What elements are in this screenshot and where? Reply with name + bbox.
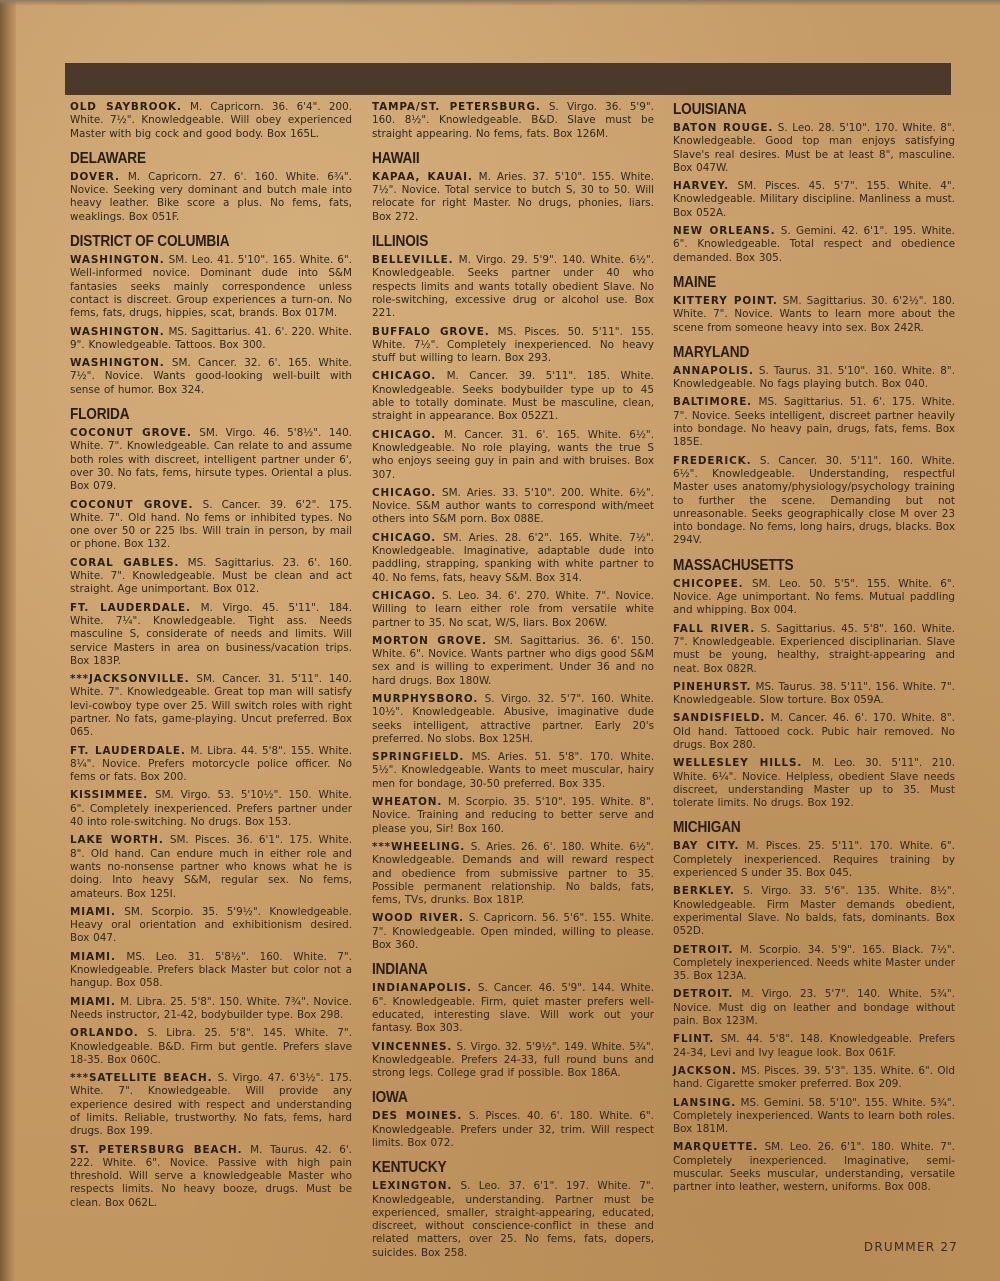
- state-heading: INDIANA: [372, 961, 620, 979]
- classified-ad: BAY CITY. M. Pisces. 25. 5'11". 170. Whi…: [673, 840, 955, 880]
- classified-ad: KITTERY POINT. SM. Sagittarius. 30. 6'2½…: [673, 295, 955, 335]
- ad-city: MIAMI.: [70, 906, 116, 918]
- state-heading: HAWAII: [372, 150, 620, 168]
- ad-city: LANSING.: [673, 1097, 736, 1109]
- classified-ad: BATON ROUGE. S. Leo. 28. 5'10". 170. Whi…: [673, 122, 955, 175]
- ad-city: MORTON GROVE.: [372, 635, 487, 647]
- page-folio: DRUMMER 27: [864, 1240, 958, 1254]
- state-heading: MICHIGAN: [673, 819, 921, 837]
- classified-ad: BELLEVILLE. M. Virgo. 29. 5'9". 140. Whi…: [372, 254, 654, 320]
- classified-ad: BUFFALO GROVE. MS. Pisces. 50. 5'11". 15…: [372, 326, 654, 366]
- column-1: OLD SAYBROOK. M. Capricorn. 36. 6'4". 20…: [70, 101, 352, 1215]
- classified-ad: COCONUT GROVE. SM. Virgo. 46. 5'8½". 140…: [70, 427, 352, 493]
- classified-ad: BALTIMORE. MS. Sagittarius. 51. 6'. 175.…: [673, 396, 955, 449]
- ad-city: WOOD RIVER.: [372, 912, 464, 924]
- ad-city: KAPAA, KAUAI.: [372, 171, 473, 183]
- ad-city: FLINT.: [673, 1033, 714, 1045]
- classified-ad: ***SATELLITE BEACH. S. Virgo. 47. 6'3½".…: [70, 1072, 352, 1138]
- classified-ad: KAPAA, KAUAI. M. Aries. 37. 5'10". 155. …: [372, 171, 654, 224]
- classified-ad: ***WHEELING. S. Aries. 26. 6'. 180. Whit…: [372, 841, 654, 907]
- ad-city: ANNAPOLIS.: [673, 365, 754, 377]
- ad-city: CHICAGO.: [372, 532, 436, 544]
- classified-ad: FT. LAUDERDALE. M. Virgo. 45. 5'11". 184…: [70, 602, 352, 668]
- classified-ad: CHICAGO. SM. Aries. 28. 6'2". 165. White…: [372, 532, 654, 585]
- state-heading: KENTUCKY: [372, 1159, 620, 1177]
- state-heading: FLORIDA: [70, 406, 318, 424]
- classified-ad: ST. PETERSBURG BEACH. M. Taurus. 42. 6'.…: [70, 1144, 352, 1210]
- classified-ad: MURPHYSBORO. S. Virgo. 32. 5'7". 160. Wh…: [372, 693, 654, 746]
- ad-city: OLD SAYBROOK.: [70, 101, 182, 113]
- ad-city: LEXINGTON.: [372, 1180, 452, 1192]
- ad-city: MIAMI.: [70, 996, 116, 1008]
- ad-city: BELLEVILLE.: [372, 254, 453, 266]
- ad-city: BATON ROUGE.: [673, 122, 773, 134]
- classified-ad: FREDERICK. S. Cancer. 30. 5'11". 160. Wh…: [673, 455, 955, 548]
- classified-ad: MIAMI. M. Libra. 25. 5'8". 150. White. 7…: [70, 996, 352, 1023]
- ad-city: WASHINGTON.: [70, 357, 165, 369]
- classified-ad: WASHINGTON. MS. Sagittarius. 41. 6'. 220…: [70, 326, 352, 353]
- classified-ad: CHICOPEE. SM. Leo. 50. 5'5". 155. White.…: [673, 578, 955, 618]
- state-heading: IOWA: [372, 1089, 620, 1107]
- classified-ad: CHICAGO. S. Leo. 34. 6'. 270. White. 7".…: [372, 590, 654, 630]
- classified-ad: CORAL GABLES. MS. Sagittarius. 23. 6'. 1…: [70, 557, 352, 597]
- ad-city: SANDISFIELD.: [673, 712, 765, 724]
- classified-ad: MORTON GROVE. SM. Sagittarius. 36. 6'. 1…: [372, 635, 654, 688]
- ad-city: BUFFALO GROVE.: [372, 326, 490, 338]
- ad-city: SPRINGFIELD.: [372, 751, 464, 763]
- ad-city: FT. LAUDERDALE.: [70, 745, 186, 757]
- ad-city: WASHINGTON.: [70, 254, 165, 266]
- state-heading: DELAWARE: [70, 150, 318, 168]
- classified-ad: WASHINGTON. SM. Cancer. 32. 6'. 165. Whi…: [70, 357, 352, 397]
- classified-ad: LEXINGTON. S. Leo. 37. 6'1". 197. White.…: [372, 1180, 654, 1260]
- ad-city: TAMPA/ST. PETERSBURG.: [372, 101, 541, 113]
- ad-city: DETROIT.: [673, 988, 733, 1000]
- ad-city: JACKSON.: [673, 1065, 737, 1077]
- ad-city: MIAMI.: [70, 951, 116, 963]
- state-heading: MASSACHUSETTS: [673, 557, 921, 575]
- ad-city: CHICOPEE.: [673, 578, 744, 590]
- classified-ad: WHEATON. M. Scorpio. 35. 5'10". 195. Whi…: [372, 796, 654, 836]
- state-heading: MAINE: [673, 274, 921, 292]
- classified-ad: MIAMI. SM. Scorpio. 35. 5'9½". Knowledge…: [70, 906, 352, 946]
- classified-ad: OLD SAYBROOK. M. Capricorn. 36. 6'4". 20…: [70, 101, 352, 141]
- classified-ad: DETROIT. M. Virgo. 23. 5'7". 140. White.…: [673, 988, 955, 1028]
- ad-city: FREDERICK.: [673, 455, 751, 467]
- ad-city: FT. LAUDERDALE.: [70, 602, 191, 614]
- ad-city: ***SATELLITE BEACH.: [70, 1072, 212, 1084]
- classified-ad: DETROIT. M. Scorpio. 34. 5'9". 165. Blac…: [673, 944, 955, 984]
- classified-ad: ***JACKSONVILLE. SM. Cancer. 31. 5'11". …: [70, 673, 352, 739]
- ad-text: S. Cancer. 30. 5'11". 160. White. 6½". K…: [673, 455, 955, 547]
- classified-ad: CHICAGO. M. Cancer. 31. 6'. 165. White. …: [372, 429, 654, 482]
- classified-ad: FLINT. SM. 44. 5'8". 148. Knowledgeable.…: [673, 1033, 955, 1060]
- ad-city: CHICAGO.: [372, 590, 436, 602]
- ad-city: DETROIT.: [673, 944, 733, 956]
- classified-ad: LAKE WORTH. SM. Pisces. 36. 6'1". 175. W…: [70, 834, 352, 900]
- ad-city: MARQUETTE.: [673, 1141, 758, 1153]
- ad-city: PINEHURST.: [673, 681, 751, 693]
- classified-ad: NEW ORLEANS. S. Gemini. 42. 6'1". 195. W…: [673, 225, 955, 265]
- column-2: TAMPA/ST. PETERSBURG. S. Virgo. 36. 5'9"…: [372, 101, 654, 1265]
- classified-ad: INDIANAPOLIS. S. Cancer. 46. 5'9". 144. …: [372, 982, 654, 1035]
- classified-ad: WASHINGTON. SM. Leo. 41. 5'10". 165. Whi…: [70, 254, 352, 320]
- classified-ad: JACKSON. MS. Pisces. 39. 5'3". 135. Whit…: [673, 1065, 955, 1092]
- classified-ad: HARVEY. SM. Pisces. 45. 5'7". 155. White…: [673, 180, 955, 220]
- ad-city: WELLESLEY HILLS.: [673, 757, 802, 769]
- classified-ad: CHICAGO. M. Cancer. 39. 5'11". 185. Whit…: [372, 370, 654, 423]
- classified-ad: FALL RIVER. S. Sagittarius. 45. 5'8". 16…: [673, 623, 955, 676]
- classified-ad: VINCENNES. S. Virgo. 32. 5'9½". 149. Whi…: [372, 1041, 654, 1081]
- ad-city: NEW ORLEANS.: [673, 225, 775, 237]
- classified-ad: MARQUETTE. SM. Leo. 26. 6'1". 180. White…: [673, 1141, 955, 1194]
- ad-text: SM. 44. 5'8". 148. Knowledgeable. Prefer…: [673, 1033, 955, 1058]
- ad-city: DES MOINES.: [372, 1110, 462, 1122]
- classified-ad: ANNAPOLIS. S. Taurus. 31. 5'10". 160. Wh…: [673, 365, 955, 392]
- ad-city: VINCENNES.: [372, 1041, 452, 1053]
- ad-city: KISSIMMEE.: [70, 789, 148, 801]
- classified-ad: SANDISFIELD. M. Cancer. 46. 6'. 170. Whi…: [673, 712, 955, 752]
- classified-ad: WOOD RIVER. S. Capricorn. 56. 5'6". 155.…: [372, 912, 654, 952]
- ad-city: CHICAGO.: [372, 429, 436, 441]
- classified-ad: TAMPA/ST. PETERSBURG. S. Virgo. 36. 5'9"…: [372, 101, 654, 141]
- ad-city: COCONUT GROVE.: [70, 499, 193, 511]
- classified-ad: DES MOINES. S. Pisces. 40. 6'. 180. Whit…: [372, 1110, 654, 1150]
- ad-city: CHICAGO.: [372, 487, 436, 499]
- classified-ad: LANSING. MS. Gemini. 58. 5'10". 155. Whi…: [673, 1097, 955, 1137]
- ad-city: INDIANAPOLIS.: [372, 982, 472, 994]
- classified-ad: COCONUT GROVE. S. Cancer. 39. 6'2". 175.…: [70, 499, 352, 552]
- ad-city: MURPHYSBORO.: [372, 693, 478, 705]
- ad-city: CORAL GABLES.: [70, 557, 179, 569]
- classified-ad: DOVER. M. Capricorn. 27. 6'. 160. White.…: [70, 171, 352, 224]
- page-spine-shadow: [0, 0, 16, 1281]
- ad-city: KITTERY POINT.: [673, 295, 778, 307]
- ad-city: ***WHEELING.: [372, 841, 465, 853]
- ad-city: BALTIMORE.: [673, 396, 752, 408]
- ad-city: CHICAGO.: [372, 370, 436, 382]
- classified-ad: WELLESLEY HILLS. M. Leo. 30. 5'11". 210.…: [673, 757, 955, 810]
- ad-city: ORLANDO.: [70, 1027, 139, 1039]
- ad-city: WASHINGTON.: [70, 326, 165, 338]
- header-bar: [65, 63, 951, 95]
- ad-city: ***JACKSONVILLE.: [70, 673, 190, 685]
- page-top-edge: [0, 0, 1000, 6]
- classified-ad: MIAMI. MS. Leo. 31. 5'8½". 160. White. 7…: [70, 951, 352, 991]
- ad-city: ST. PETERSBURG BEACH.: [70, 1144, 242, 1156]
- classified-ad: BERKLEY. S. Virgo. 33. 5'6". 135. White.…: [673, 885, 955, 938]
- state-heading: ILLINOIS: [372, 233, 620, 251]
- classified-ad: KISSIMMEE. SM. Virgo. 53. 5'10½". 150. W…: [70, 789, 352, 829]
- state-heading: DISTRICT OF COLUMBIA: [70, 233, 318, 251]
- ad-city: BAY CITY.: [673, 840, 739, 852]
- ad-city: LAKE WORTH.: [70, 834, 164, 846]
- classified-ad: FT. LAUDERDALE. M. Libra. 44. 5'8". 155.…: [70, 745, 352, 785]
- classified-ad: CHICAGO. SM. Aries. 33. 5'10". 200. Whit…: [372, 487, 654, 527]
- ad-city: HARVEY.: [673, 180, 729, 192]
- classified-ad: SPRINGFIELD. MS. Aries. 51. 5'8". 170. W…: [372, 751, 654, 791]
- ad-city: BERKLEY.: [673, 885, 735, 897]
- ad-city: FALL RIVER.: [673, 623, 755, 635]
- classified-ad: PINEHURST. MS. Taurus. 38. 5'11". 156. W…: [673, 681, 955, 708]
- ad-city: WHEATON.: [372, 796, 442, 808]
- state-heading: LOUISIANA: [673, 101, 921, 119]
- state-heading: MARYLAND: [673, 344, 921, 362]
- ad-city: DOVER.: [70, 171, 120, 183]
- classified-ad: ORLANDO. S. Libra. 25. 5'8". 145. White.…: [70, 1027, 352, 1067]
- column-3: LOUISIANABATON ROUGE. S. Leo. 28. 5'10".…: [673, 101, 955, 1200]
- ad-city: COCONUT GROVE.: [70, 427, 192, 439]
